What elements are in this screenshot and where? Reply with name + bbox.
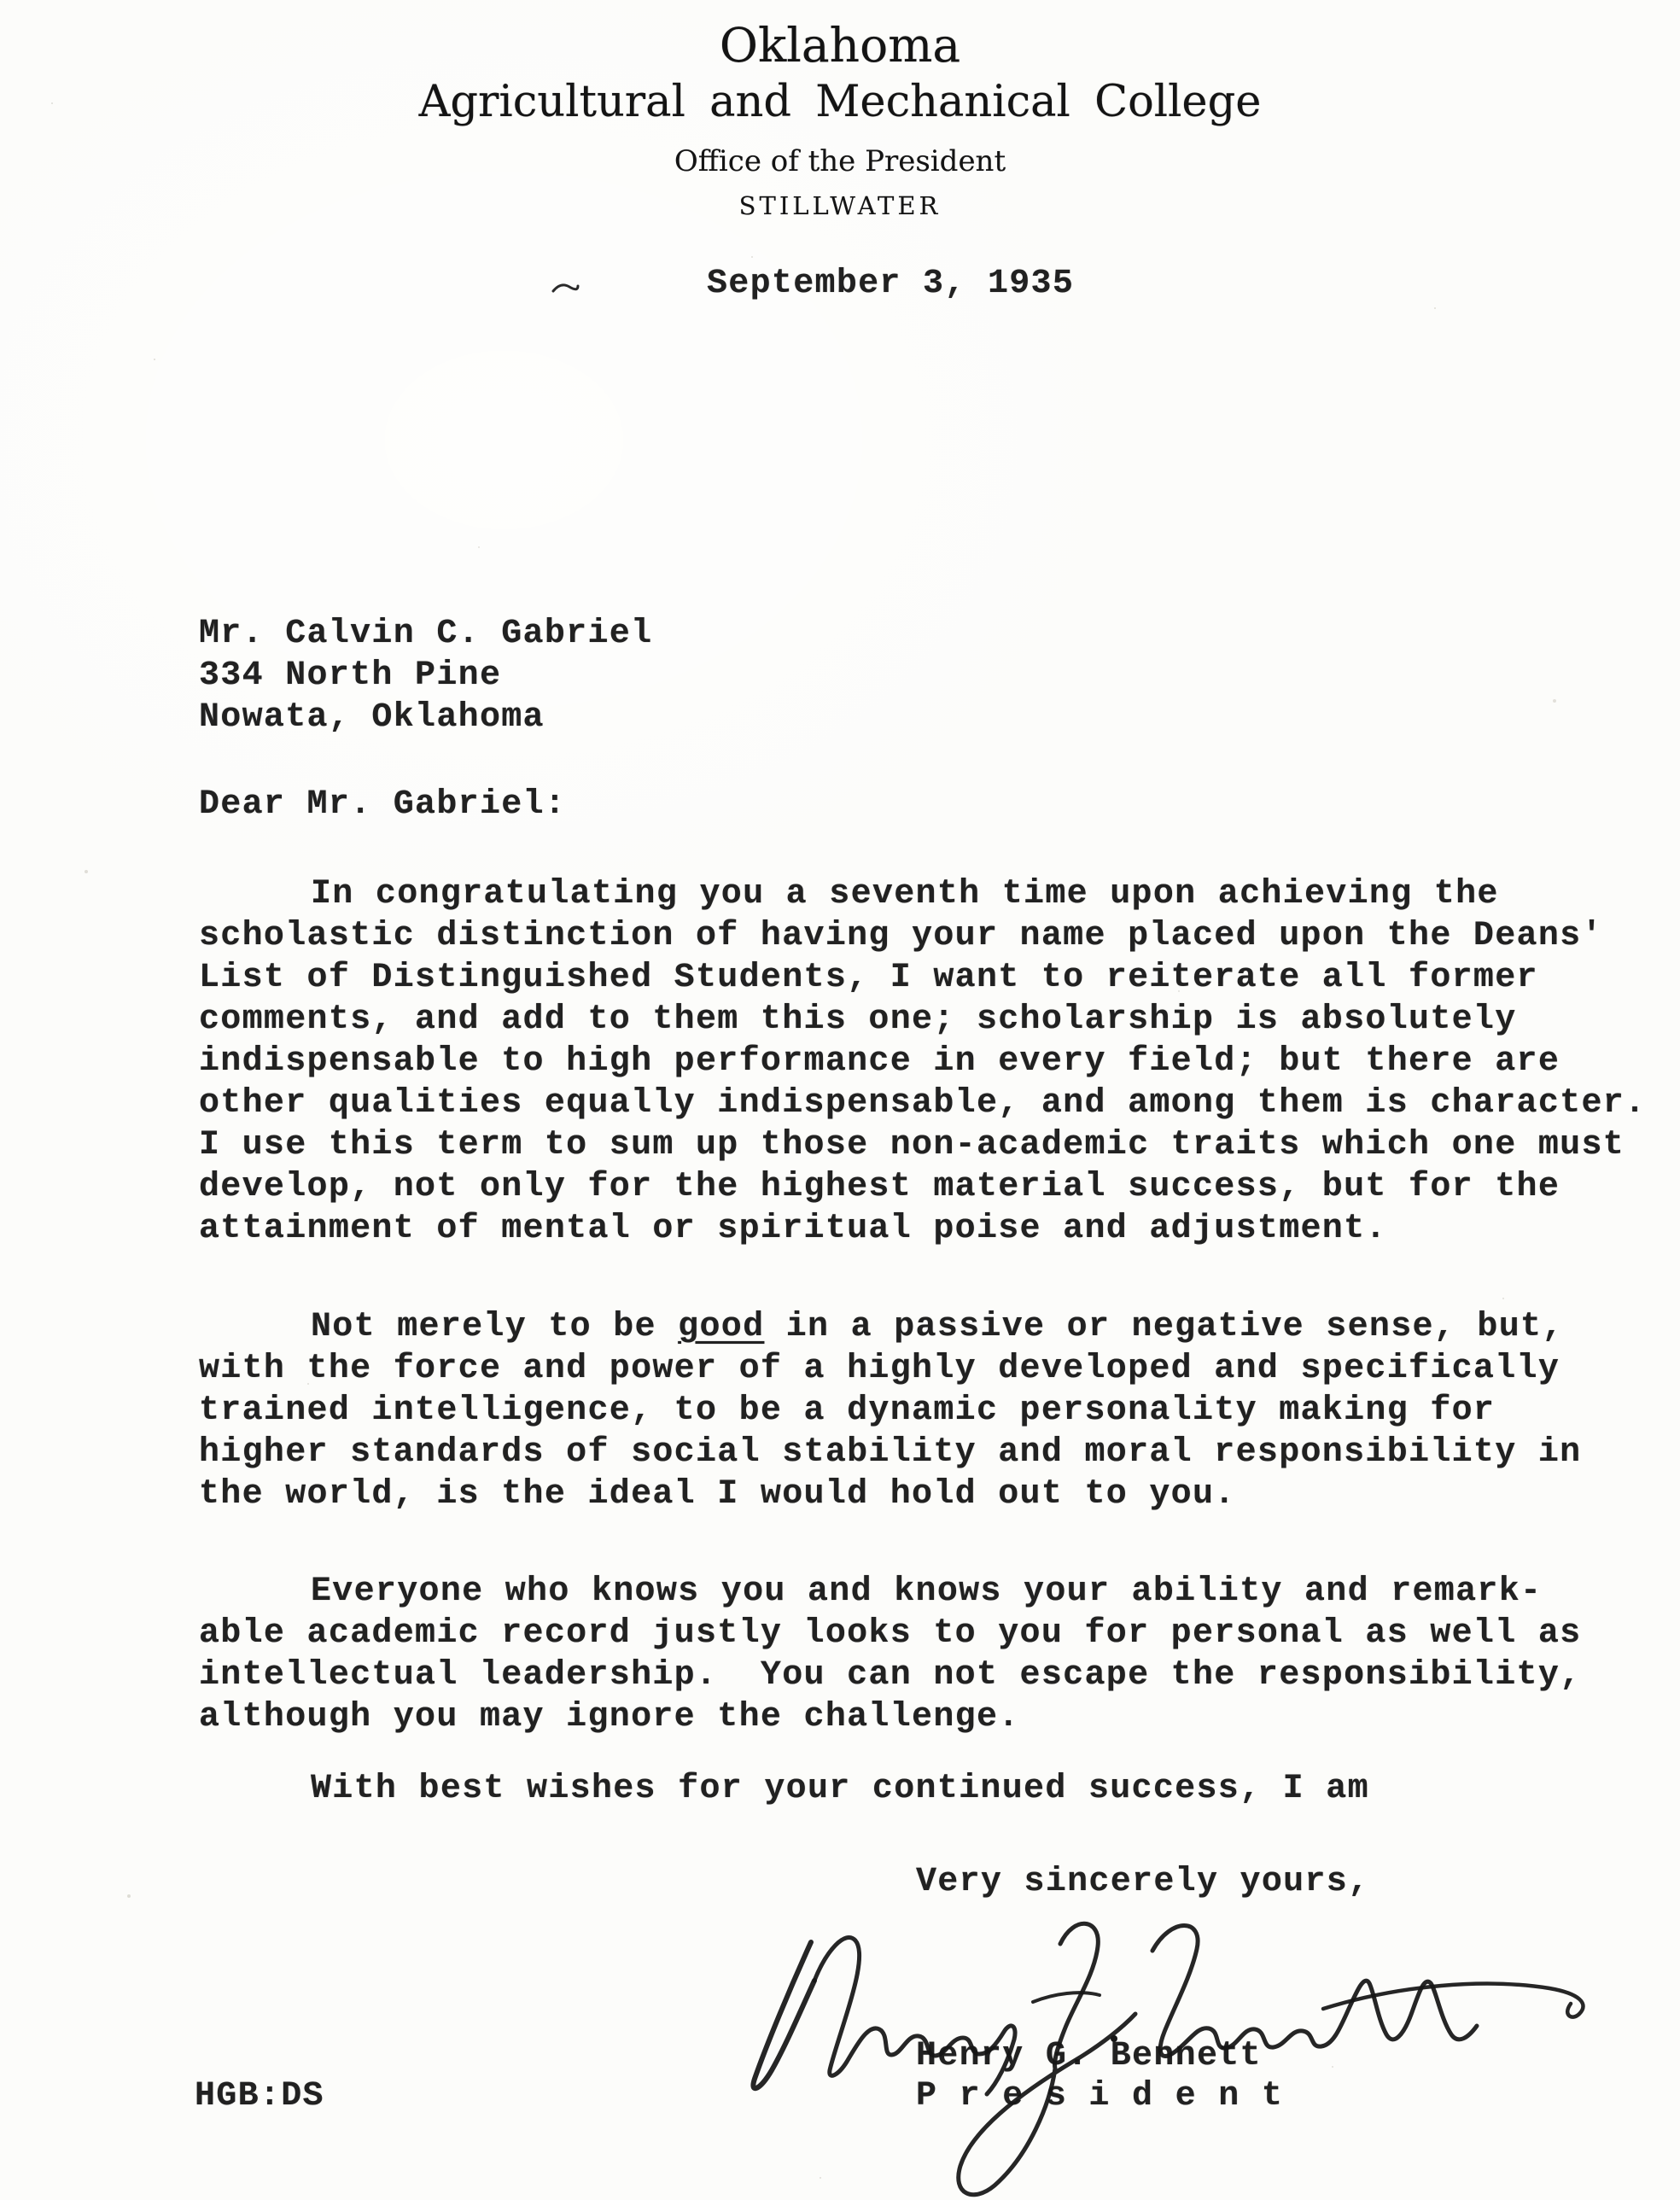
scanned-letter-page: Oklahoma Agricultural and Mechanical Col… [0,0,1680,2200]
p2-line1-prefix: Not merely to be [199,1308,678,1346]
letterhead-office-line: Office of the President [0,145,1680,178]
body-paragraph-1: In congratulating you a seventh time upo… [199,873,1650,1250]
letterhead-college-name: Agricultural and Mechanical College [0,77,1680,128]
body-paragraph-3: Everyone who knows you and knows your ab… [199,1571,1650,1738]
body-paragraph-2-rest: with the force and power of a highly dev… [199,1348,1650,1515]
signer-typed-title: P r e s i d e n t [916,2075,1283,2117]
letterhead-state-name: Oklahoma [0,19,1680,72]
recipient-address: Mr. Calvin C. Gabriel 334 North Pine Now… [199,613,652,738]
date-line: September 3, 1935 [707,263,1074,305]
salutation: Dear Mr. Gabriel: [199,784,566,826]
stray-pen-mark [551,280,580,295]
signer-typed-name: Henry G. Bennett [916,2035,1262,2077]
p2-underlined-word: good [678,1308,764,1346]
body-paragraph-2-line-1: Not merely to be good in a passive or ne… [199,1306,1564,1348]
typist-initials: HGB:DS [195,2075,324,2117]
closing-line: With best wishes for your continued succ… [199,1768,1650,1810]
letterhead-city-line: STILLWATER [0,192,1680,220]
p2-line1-suffix: in a passive or negative sense, but, [764,1308,1563,1346]
valediction: Very sincerely yours, [916,1861,1369,1903]
letterhead: Oklahoma Agricultural and Mechanical Col… [0,19,1680,220]
